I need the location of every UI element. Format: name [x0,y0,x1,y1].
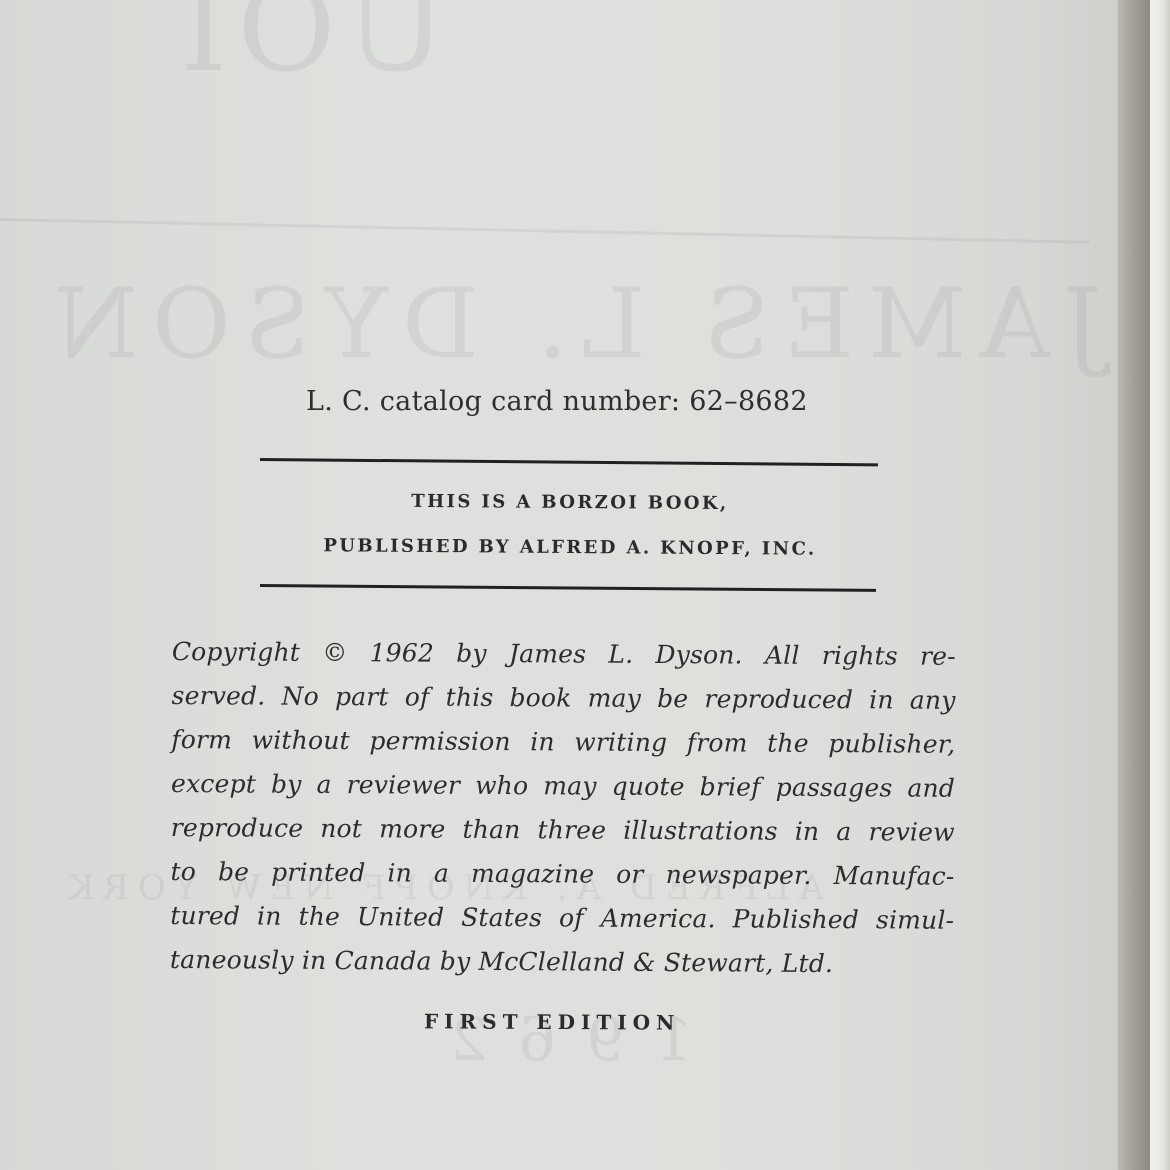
book-page: UOI JAMES L. DYSON ALFRED A. KNOPF NEW Y… [0,0,1120,1170]
copyright-line: taneously in Canada by McClelland & Stew… [170,938,970,987]
imprint-line-2: PUBLISHED BY ALFRED A. KNOPF, INC. [260,535,880,560]
show-through-author: JAMES L. DYSON [40,268,1102,380]
divider-bottom [260,584,876,592]
show-through-title: UOI [170,0,447,99]
catalog-card-number: L. C. catalog card number: 62–8682 [306,386,808,417]
copyright-line: to be printed in a magazine or newspaper… [170,850,954,899]
show-through-rule [0,218,1090,244]
page-edge-shadow [1118,0,1150,1170]
copyright-line: tured in the United States of America. P… [170,894,954,943]
imprint-line-1: THIS IS A BORZOI BOOK, [260,490,880,515]
edition-label: FIRST EDITION [424,1009,680,1034]
copyright-line: served. No part of this book may be repr… [171,674,955,723]
page-edge [1150,0,1170,1170]
copyright-line: reproduce not more than three illustrati… [171,806,955,855]
copyright-notice: Copyright © 1962 by James L. Dyson. All … [170,630,972,987]
divider-top [260,458,878,466]
copyright-line: Copyright © 1962 by James L. Dyson. All … [172,630,956,679]
copyright-line: form without permission in writing from … [171,718,955,767]
copyright-line: except by a reviewer who may quote brief… [171,762,955,811]
